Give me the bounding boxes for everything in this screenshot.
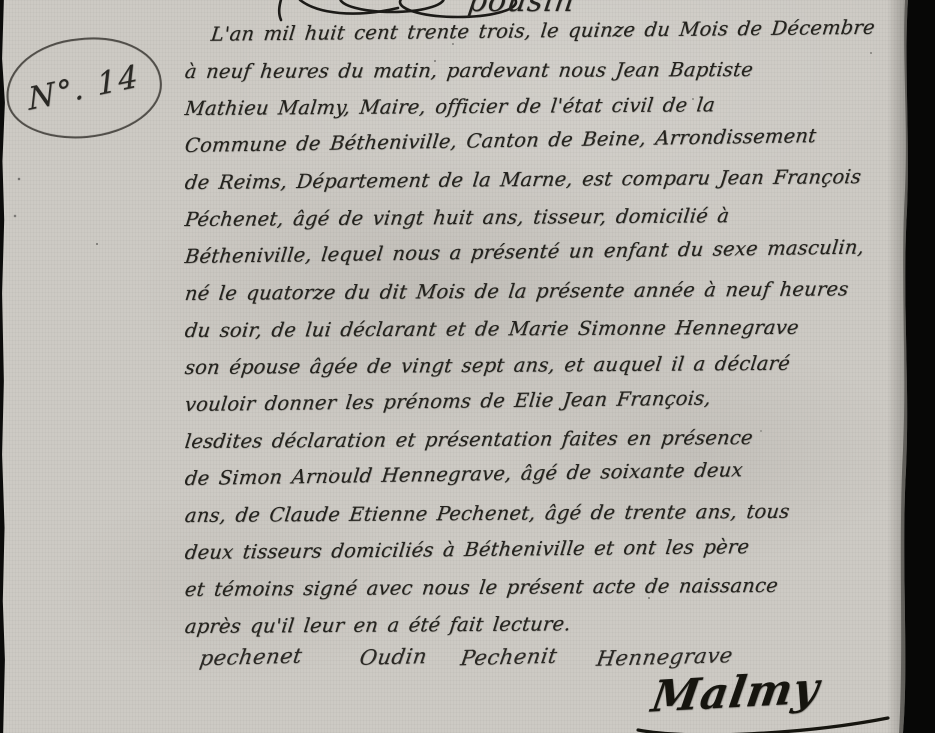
register-page-scan: pousin N°. 14 L'an mil huit cent trente … bbox=[0, 0, 935, 733]
record-line: vouloir donner les prénoms de Elie Jean … bbox=[183, 377, 910, 423]
record-line: de Reims, Département de la Marne, est c… bbox=[183, 158, 910, 201]
signature-witness: Hennegrave bbox=[595, 643, 735, 671]
record-line: né le quatorze du dit Mois de la présent… bbox=[183, 270, 910, 312]
record-body: L'an mil huit cent trente trois, le quin… bbox=[185, 16, 907, 645]
record-line: après qu'il leur en a été fait lecture. bbox=[183, 603, 910, 645]
record-line: deux tisseurs domiciliés à Bétheniville … bbox=[183, 526, 910, 571]
record-line: L'an mil huit cent trente trois, le quin… bbox=[183, 8, 910, 53]
page-edge-shadow bbox=[887, 0, 917, 733]
signature-father: pechenet bbox=[198, 644, 304, 671]
signature-mayor: Malmy bbox=[636, 668, 896, 733]
margin-oval: N°. 14 bbox=[2, 31, 166, 144]
record-line: du soir, de lui déclarant et de Marie Si… bbox=[183, 308, 910, 349]
book-edge-left bbox=[0, 0, 7, 733]
signature-witness: Pechenit bbox=[459, 644, 559, 671]
act-number: N°. 14 bbox=[27, 58, 141, 118]
signature-mayor-name: Malmy bbox=[648, 663, 823, 722]
signature-witness: Oudin bbox=[358, 644, 429, 670]
record-line: et témoins signé avec nous le présent ac… bbox=[183, 566, 910, 608]
signatures-row: pechenet Oudin Pechenit Hennegrave bbox=[192, 645, 732, 669]
record-line: à neuf heures du matin, pardevant nous J… bbox=[183, 50, 910, 90]
